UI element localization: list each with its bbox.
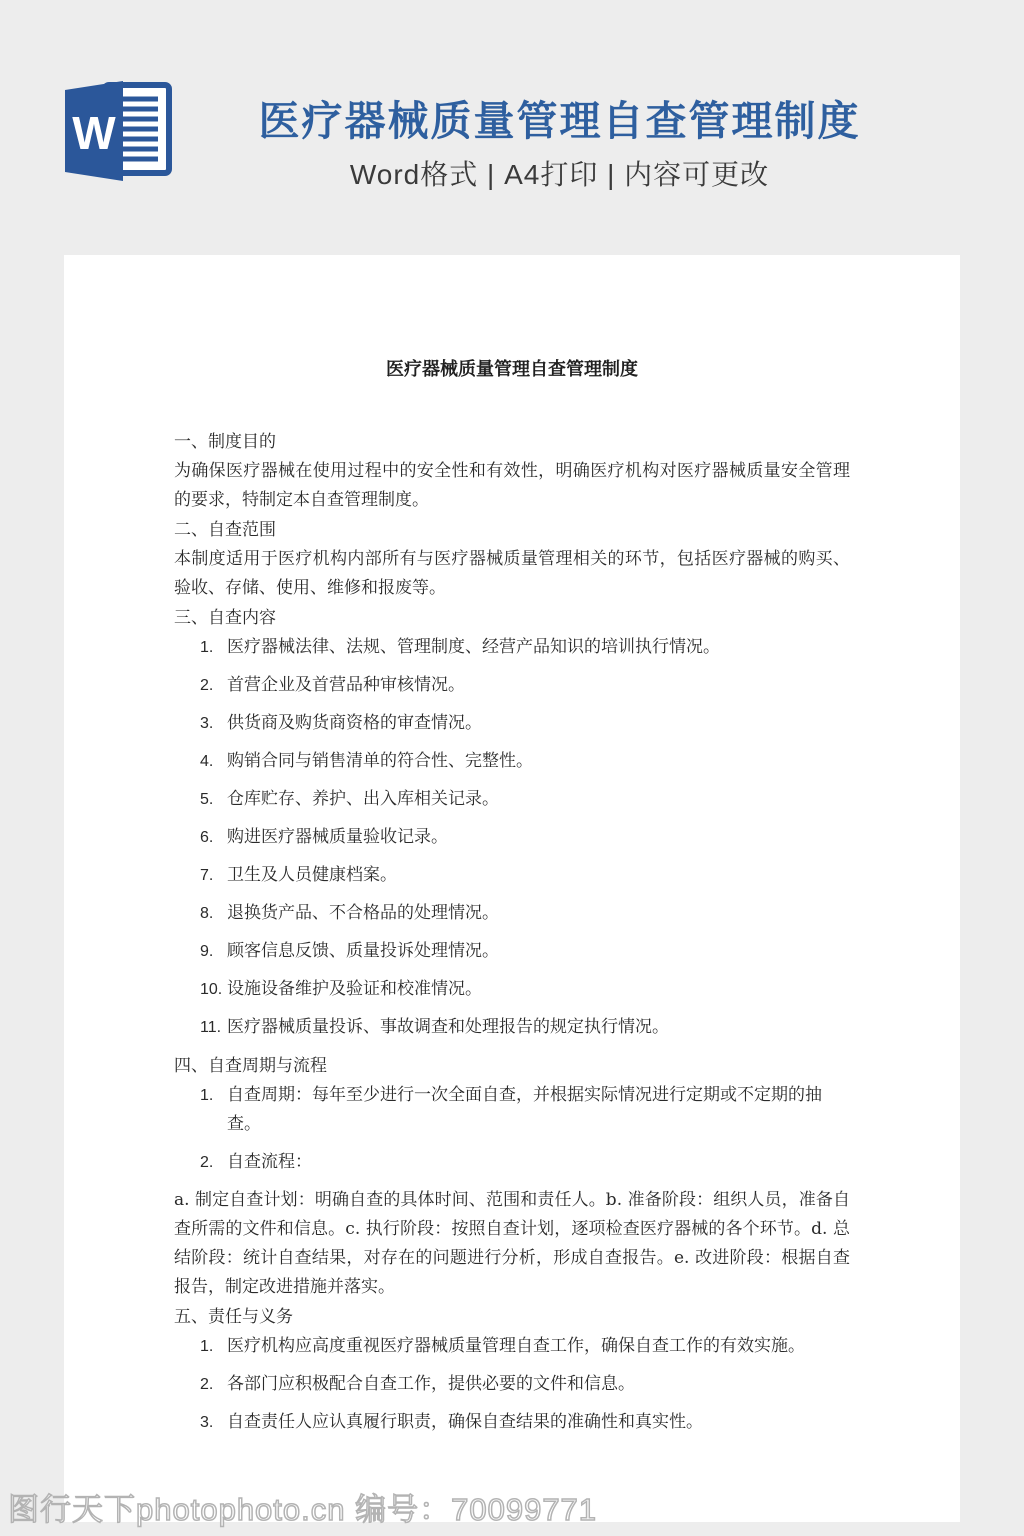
list-item-number: 10. (200, 975, 227, 1004)
document-title: 医疗器械质量管理自查管理制度 (174, 355, 850, 385)
page-background: W 医疗器械质量管理自查管理制度 Word格式 | A4打印 | 内容可更改 医… (0, 0, 1024, 1536)
list-item-number: 7. (200, 861, 227, 890)
list-item-text: 购进医疗器械质量验收记录。 (227, 823, 850, 852)
list-item: 2.各部门应积极配合自查工作，提供必要的文件和信息。 (174, 1370, 850, 1399)
list-item: 6.购进医疗器械质量验收记录。 (174, 823, 850, 852)
doc-paragraph: a. 制定自查计划：明确自查的具体时间、范围和责任人。b. 准备阶段：组织人员，… (174, 1186, 850, 1302)
list-item-number: 1. (200, 633, 227, 662)
list-item: 3.供货商及购货商资格的审查情况。 (174, 709, 850, 738)
list-item: 9.顾客信息反馈、质量投诉处理情况。 (174, 937, 850, 966)
list-item-number: 2. (200, 1148, 227, 1177)
template-subtitle: Word格式 | A4打印 | 内容可更改 (95, 153, 1024, 193)
document-content: 医疗器械质量管理自查管理制度 一、制度目的为确保医疗器械在使用过程中的安全性和有… (64, 255, 960, 1437)
list-item-number: 11. (200, 1013, 227, 1042)
list-item-text: 医疗器械法律、法规、管理制度、经营产品知识的培训执行情况。 (227, 633, 850, 662)
list-item-number: 2. (200, 1370, 227, 1399)
doc-list: 1.自查周期：每年至少进行一次全面自查，并根据实际情况进行定期或不定期的抽查。2… (174, 1081, 850, 1177)
template-title: 医疗器械质量管理自查管理制度 (95, 88, 1024, 147)
list-item: 8.退换货产品、不合格品的处理情况。 (174, 899, 850, 928)
list-item-text: 供货商及购货商资格的审查情况。 (227, 709, 850, 738)
list-item: 11.医疗器械质量投诉、事故调查和处理报告的规定执行情况。 (174, 1013, 850, 1042)
section-heading: 三、自查内容 (174, 603, 850, 633)
doc-paragraph: 本制度适用于医疗机构内部所有与医疗器械质量管理相关的环节，包括医疗器械的购买、验… (174, 545, 850, 603)
list-item-number: 4. (200, 747, 227, 776)
list-item-number: 5. (200, 785, 227, 814)
list-item: 2.首营企业及首营品种审核情况。 (174, 671, 850, 700)
list-item: 5.仓库贮存、养护、出入库相关记录。 (174, 785, 850, 814)
list-item-number: 3. (200, 1408, 227, 1437)
doc-paragraph: 为确保医疗器械在使用过程中的安全性和有效性，明确医疗机构对医疗器械质量安全管理的… (174, 457, 850, 515)
list-item-number: 1. (200, 1081, 227, 1139)
list-item: 7.卫生及人员健康档案。 (174, 861, 850, 890)
list-item-number: 3. (200, 709, 227, 738)
list-item-text: 自查周期：每年至少进行一次全面自查，并根据实际情况进行定期或不定期的抽查。 (227, 1081, 850, 1139)
doc-list: 1.医疗机构应高度重视医疗器械质量管理自查工作，确保自查工作的有效实施。2.各部… (174, 1332, 850, 1437)
list-item-text: 各部门应积极配合自查工作，提供必要的文件和信息。 (227, 1370, 850, 1399)
list-item: 1.医疗机构应高度重视医疗器械质量管理自查工作，确保自查工作的有效实施。 (174, 1332, 850, 1361)
list-item-text: 医疗器械质量投诉、事故调查和处理报告的规定执行情况。 (227, 1013, 850, 1042)
section-heading: 二、自查范围 (174, 515, 850, 545)
list-item-number: 2. (200, 671, 227, 700)
list-item-number: 8. (200, 899, 227, 928)
list-item: 10.设施设备维护及验证和校准情况。 (174, 975, 850, 1004)
list-item-text: 卫生及人员健康档案。 (227, 861, 850, 890)
doc-sections: 一、制度目的为确保医疗器械在使用过程中的安全性和有效性，明确医疗机构对医疗器械质… (174, 427, 850, 1437)
doc-list: 1.医疗器械法律、法规、管理制度、经营产品知识的培训执行情况。2.首营企业及首营… (174, 633, 850, 1042)
list-item: 1.自查周期：每年至少进行一次全面自查，并根据实际情况进行定期或不定期的抽查。 (174, 1081, 850, 1139)
list-item: 4.购销合同与销售清单的符合性、完整性。 (174, 747, 850, 776)
list-item-number: 1. (200, 1332, 227, 1361)
list-item: 1.医疗器械法律、法规、管理制度、经营产品知识的培训执行情况。 (174, 633, 850, 662)
list-item-text: 购销合同与销售清单的符合性、完整性。 (227, 747, 850, 776)
section-heading: 五、责任与义务 (174, 1302, 850, 1332)
list-item-text: 自查流程： (227, 1148, 850, 1177)
list-item-number: 9. (200, 937, 227, 966)
list-item-text: 仓库贮存、养护、出入库相关记录。 (227, 785, 850, 814)
list-item-number: 6. (200, 823, 227, 852)
watermark-text: 图行天下photophoto.cn 编号：70099771 (8, 1484, 597, 1529)
list-item-text: 首营企业及首营品种审核情况。 (227, 671, 850, 700)
list-item: 3.自查责任人应认真履行职责，确保自查结果的准确性和真实性。 (174, 1408, 850, 1437)
section-heading: 一、制度目的 (174, 427, 850, 457)
list-item: 2.自查流程： (174, 1148, 850, 1177)
list-item-text: 顾客信息反馈、质量投诉处理情况。 (227, 937, 850, 966)
list-item-text: 设施设备维护及验证和校准情况。 (227, 975, 850, 1004)
document-page: 医疗器械质量管理自查管理制度 一、制度目的为确保医疗器械在使用过程中的安全性和有… (64, 255, 960, 1522)
list-item-text: 医疗机构应高度重视医疗器械质量管理自查工作，确保自查工作的有效实施。 (227, 1332, 850, 1361)
list-item-text: 自查责任人应认真履行职责，确保自查结果的准确性和真实性。 (227, 1408, 850, 1437)
section-heading: 四、自查周期与流程 (174, 1051, 850, 1081)
list-item-text: 退换货产品、不合格品的处理情况。 (227, 899, 850, 928)
